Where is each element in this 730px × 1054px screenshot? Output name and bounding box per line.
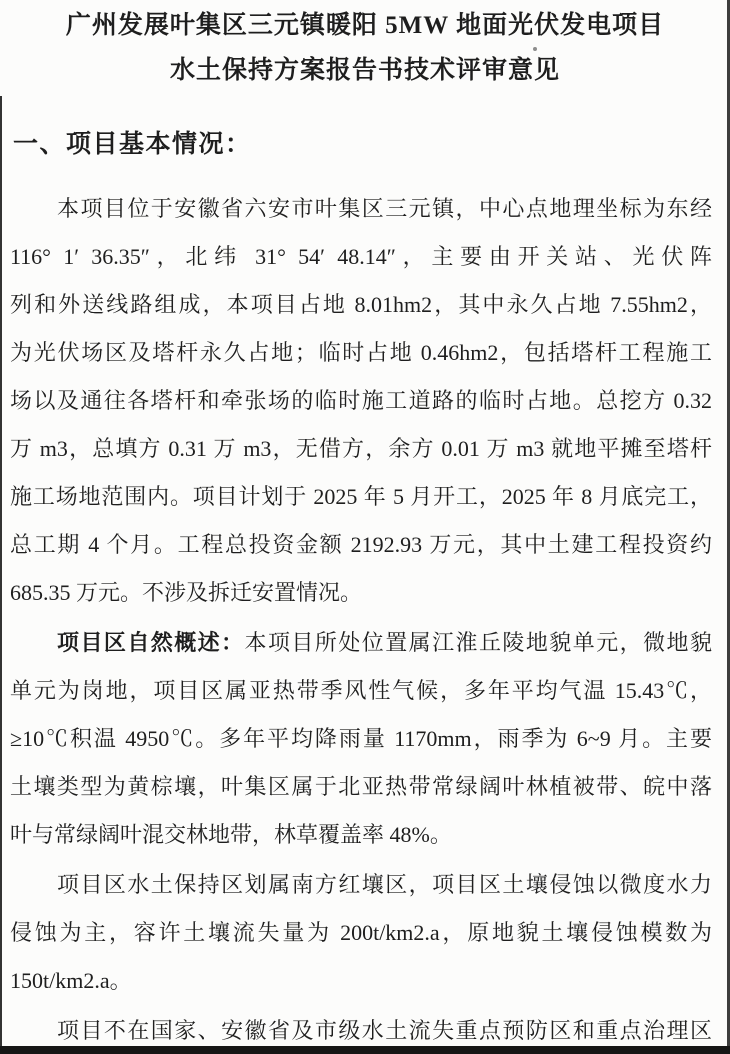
body-line: 叶与常绿阔叶混交林地带，林草覆盖率 48%。 [10,811,712,859]
body-line: 项目区自然概述：本项目所处位置属江淮丘陵地貌单元，微地貌 [10,619,712,667]
body-line: 116° 1′ 36.35″，北纬 31° 54′ 48.14″，主要由开关站、… [10,233,712,281]
body-line: 为光伏场区及塔杆永久占地；临时占地 0.46hm2，包括塔杆工程施工 [10,329,712,377]
body-line: 单元为岗地，项目区属亚热带季风性气候，多年平均气温 15.43℃， [10,667,712,715]
document-title: 广州发展叶集区三元镇暖阳 5MW 地面光伏发电项目 水土保持方案报告书技术评审意… [8,3,722,93]
document-page: 广州发展叶集区三元镇暖阳 5MW 地面光伏发电项目 水土保持方案报告书技术评审意… [0,0,730,1054]
paragraph-soil-erosion: 项目区水土保持区划属南方红壤区，项目区土壤侵蚀以微度水力 侵蚀为主，容许土壤流失… [10,861,712,1005]
body-line: 列和外送线路组成，本项目占地 8.01hm2，其中永久占地 7.55hm2， [10,281,712,329]
document-body: 本项目位于安徽省六安市叶集区三元镇，中心点地理坐标为东经 116° 1′ 36.… [10,185,712,1054]
body-line: ≥10℃积温 4950℃。多年平均降雨量 1170mm，雨季为 6~9 月。主要 [10,715,712,763]
body-line: 本项目位于安徽省六安市叶集区三元镇，中心点地理坐标为东经 [10,185,712,233]
scan-edge-left [0,96,2,1054]
paragraph-project-overview: 本项目位于安徽省六安市叶集区三元镇，中心点地理坐标为东经 116° 1′ 36.… [10,185,712,617]
body-line: 685.35 万元。不涉及拆迁安置情况。 [10,569,712,617]
body-line: 土壤类型为黄棕壤，叶集区属于北亚热带常绿阔叶林植被带、皖中落 [10,763,712,811]
scan-speck [533,47,537,51]
section-heading: 一、项目基本情况： [13,128,730,161]
body-line: 场以及通往各塔杆和牵张场的临时施工道路的临时占地。总挖方 0.32 [10,377,712,425]
body-line: 150t/km2.a。 [10,957,712,1005]
body-line: 万 m3，总填方 0.31 万 m3，无借方，余方 0.01 万 m3 就地平摊… [10,425,712,473]
paragraph-natural-overview: 项目区自然概述：本项目所处位置属江淮丘陵地貌单元，微地貌 单元为岗地，项目区属亚… [10,619,712,859]
body-line: 总工期 4 个月。工程总投资金额 2192.93 万元，其中土建工程投资约 [10,521,712,569]
body-line: 项目区水土保持区划属南方红壤区，项目区土壤侵蚀以微度水力 [10,861,712,909]
paragraph-lead-rest: 本项目所处位置属江淮丘陵地貌单元，微地貌 [245,630,712,655]
scan-bottom-bar [0,1046,730,1054]
paragraph-lead-label: 项目区自然概述： [57,630,245,655]
body-line: 施工场地范围内。项目计划于 2025 年 5 月开工，2025 年 8 月底完工… [10,473,712,521]
title-line-2: 水土保持方案报告书技术评审意见 [8,48,722,93]
title-line-1: 广州发展叶集区三元镇暖阳 5MW 地面光伏发电项目 [8,3,722,48]
body-line: 侵蚀为主，容许土壤流失量为 200t/km2.a，原地貌土壤侵蚀模数为 [10,909,712,957]
